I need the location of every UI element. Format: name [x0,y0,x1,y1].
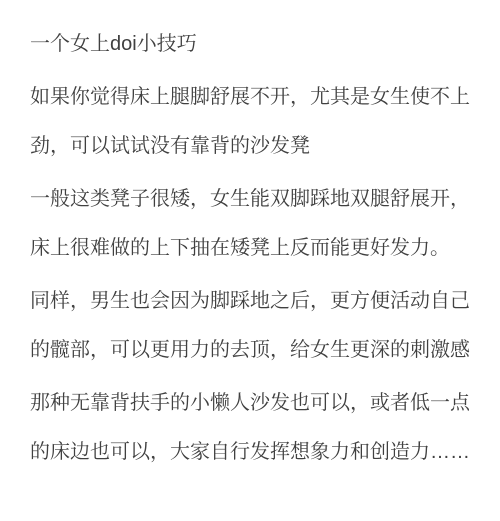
article-title-block: 一个女上doi小技巧 [30,20,472,69]
paragraph-1: 如果你觉得床上腿脚舒展不开，尤其是女生使不上 劲，可以试试没有靠背的沙发凳 [30,73,472,171]
text-line: 床上很难做的上下抽在矮凳上反而能更好发力。 [30,224,472,273]
article-title: 一个女上doi小技巧 [30,20,472,69]
text-line: 一般这类凳子很矮，女生能双脚踩地双腿舒展开， [30,175,472,224]
paragraph-2: 一般这类凳子很矮，女生能双脚踩地双腿舒展开， 床上很难做的上下抽在矮凳上反而能更… [30,175,472,273]
text-line: 如果你觉得床上腿脚舒展不开，尤其是女生使不上 [30,73,472,122]
paragraph-3: 同样，男生也会因为脚踩地之后，更方便活动自己 的髋部，可以更用力的去顶，给女生更… [30,277,472,375]
article: 一个女上doi小技巧 如果你觉得床上腿脚舒展不开，尤其是女生使不上 劲，可以试试… [0,0,500,521]
text-line: 劲，可以试试没有靠背的沙发凳 [30,122,472,171]
paragraph-4: 那种无靠背扶手的小懒人沙发也可以，或者低一点 的床边也可以，大家自行发挥想象力和… [30,379,472,477]
text-line: 的髋部，可以更用力的去顶，给女生更深的刺激感 [30,326,472,375]
text-line: 同样，男生也会因为脚踩地之后，更方便活动自己 [30,277,472,326]
text-line: 的床边也可以，大家自行发挥想象力和创造力…… [30,428,472,477]
text-line: 那种无靠背扶手的小懒人沙发也可以，或者低一点 [30,379,472,428]
